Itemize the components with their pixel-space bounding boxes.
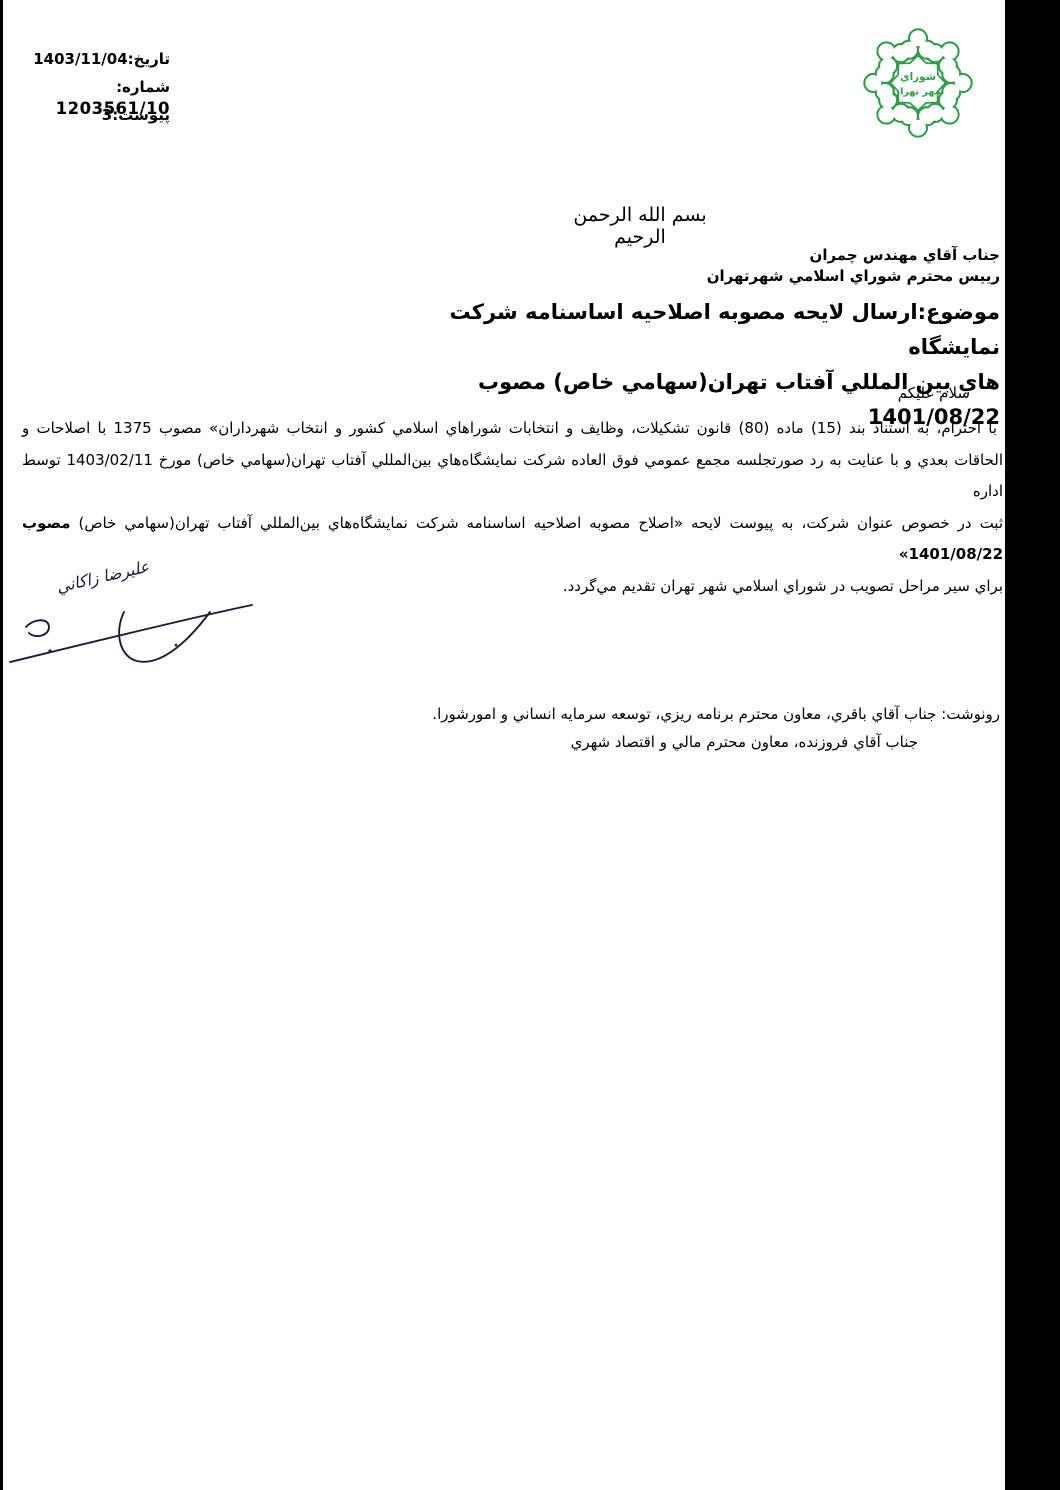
cc-block: رونوشت: جناب آقاي باقري، معاون محترم برن… <box>380 700 1000 756</box>
scan-edge-left <box>0 0 3 1490</box>
bismillah-text: بسم الله الرحمن الرحيم <box>548 204 732 248</box>
letter-meta: تاريخ:1403/11/04 شماره: 1203561/10 پيوست… <box>30 50 170 124</box>
date-line: تاريخ:1403/11/04 <box>30 50 170 68</box>
cc-line-1: رونوشت: جناب آقاي باقري، معاون محترم برن… <box>380 700 1000 728</box>
body-line-3-normal: ثبت در خصوص عنوان شركت، به پيوست لايحه «… <box>71 514 1003 532</box>
addressee-block: جناب آقاي مهندس چمران رييس محترم شوراي ا… <box>707 245 1000 287</box>
letter-page: تاريخ:1403/11/04 شماره: 1203561/10 پيوست… <box>0 0 1060 1490</box>
tehran-council-logo-icon: شوراي شهر تهران <box>860 26 976 140</box>
addressee-title: رييس محترم شوراي اسلامي شهرتهران <box>707 266 1000 287</box>
body-line-2: الحاقات بعدي و با عنايت به رد صورتجلسه م… <box>22 445 1003 508</box>
logo-text-bottom: شهر تهران <box>892 86 944 97</box>
body-line-1: با احترام، به استناد بند (15) ماده (80) … <box>22 413 1003 445</box>
scan-band-right <box>1005 0 1060 1490</box>
signature-image: عليرضا زاكاني <box>4 548 260 678</box>
greeting-text: سلام عليكم <box>898 384 970 402</box>
addressee-name: جناب آقاي مهندس چمران <box>707 245 1000 266</box>
logo-text-top: شوراي <box>900 71 936 83</box>
signature-name: عليرضا زاكاني <box>55 557 152 597</box>
number-label: شماره: <box>30 78 170 96</box>
cc-line-2: جناب آقاي فروزنده، معاون محترم مالي و اق… <box>380 728 1000 756</box>
subject-line-1: موضوع:ارسال لايحه مصوبه اصلاحيه اساسنامه… <box>360 295 1000 365</box>
